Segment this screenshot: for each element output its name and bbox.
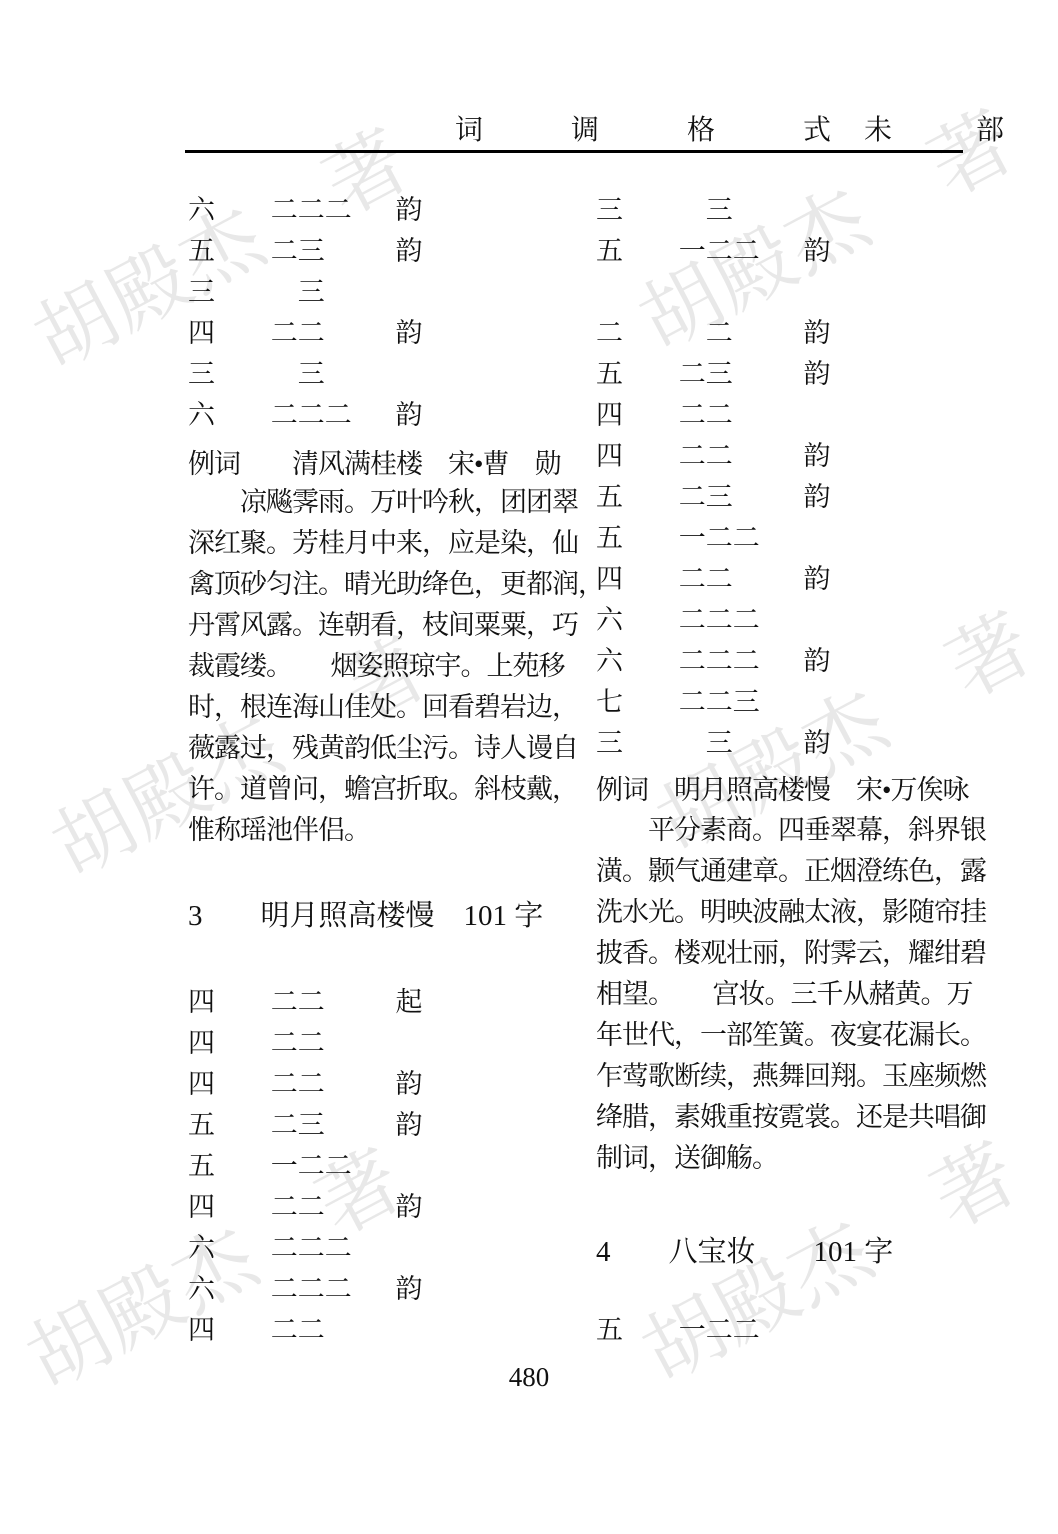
pattern-rhyme-mark: 韵 [804, 477, 831, 518]
pattern-rhythm: 二二 [679, 436, 797, 477]
pattern-rhythm: 二二 [679, 395, 797, 436]
right-pattern-rows-bottom: 五 一二二 [596, 1310, 976, 1351]
pattern-row: 三 三 [188, 354, 568, 395]
pattern-count: 四 [188, 1187, 264, 1228]
pattern-count: 五 [596, 231, 672, 272]
poem-line: 披香。楼观壮丽，附霁云，耀绀碧 [596, 933, 996, 974]
pattern-row: 四 二二 韵 [596, 436, 976, 477]
pattern-rhythm: 二二 [271, 1187, 389, 1228]
left-section-heading: 3 明月照高楼慢 101 字 [188, 894, 588, 938]
poem-line: 洗水光。明映波融太液，影随帘挂 [596, 892, 996, 933]
pattern-rhythm: 一二二 [679, 1310, 797, 1351]
pattern-rhyme-mark: 韵 [804, 313, 831, 354]
pattern-count: 四 [596, 436, 672, 477]
left-example-heading: 例词 清风满桂楼 宋•曹 勋 [188, 444, 588, 484]
right-example-heading: 例词 明月照高楼慢 宋•万俟咏 [596, 770, 996, 810]
header-section-label: 未 部 [864, 114, 1032, 148]
pattern-row: 六 二二二 韵 [188, 395, 568, 436]
pattern-count: 五 [596, 1310, 672, 1351]
poem-line: 平分素商。四垂翠幕，斜界银 [596, 810, 996, 851]
pattern-row: 五 一二二 [596, 1310, 976, 1351]
header-rule [185, 150, 963, 153]
poem-line: 惟称瑶池伴侣。 [188, 810, 588, 851]
pattern-count: 四 [188, 1310, 264, 1351]
pattern-rhythm: 二二二 [679, 641, 797, 682]
pattern-rhyme-mark: 韵 [396, 190, 423, 231]
pattern-rhythm: 三 [271, 272, 389, 313]
pattern-row: 五 二三 韵 [188, 1105, 568, 1146]
pattern-rhythm: 二 [679, 313, 797, 354]
pattern-rhyme-mark: 韵 [804, 231, 831, 272]
pattern-rhyme-mark: 韵 [396, 1064, 423, 1105]
pattern-row: 六 二二二 [596, 600, 976, 641]
pattern-row: 四 二二 [188, 1310, 568, 1351]
pattern-rhythm: 二二三 [679, 682, 797, 723]
pattern-row: 六 二二二 韵 [596, 641, 976, 682]
pattern-count: 四 [188, 982, 264, 1023]
pattern-count: 四 [188, 1064, 264, 1105]
pattern-rhythm: 二三 [679, 477, 797, 518]
pattern-rhyme-mark: 韵 [396, 313, 423, 354]
pattern-rhythm: 一二二 [271, 1146, 389, 1187]
pattern-rhyme-mark: 韵 [804, 641, 831, 682]
right-example-poem: 平分素商。四垂翠幕，斜界银 潢。颢气通建章。正烟澄练色，露 洗水光。明映波融太液… [596, 810, 996, 1179]
pattern-rhyme-mark: 韵 [396, 1269, 423, 1310]
pattern-count: 五 [596, 477, 672, 518]
pattern-row: 四 二二 韵 [188, 1187, 568, 1228]
pattern-count: 六 [596, 600, 672, 641]
pattern-rhythm: 二三 [271, 1105, 389, 1146]
pattern-rhyme-mark: 韵 [804, 436, 831, 477]
pattern-count: 五 [596, 518, 672, 559]
pattern-row: 七 二二三 [596, 682, 976, 723]
poem-line: 禽顶砂匀注。晴光助绛色，更都润， [188, 564, 588, 605]
pattern-rhythm: 二二 [271, 1310, 389, 1351]
pattern-row: 四 二二 [188, 1023, 568, 1064]
pattern-count: 七 [596, 682, 672, 723]
pattern-row: 三 三 韵 [596, 723, 976, 764]
pattern-count: 四 [596, 395, 672, 436]
pattern-count: 三 [188, 272, 264, 313]
poem-line: 绛腊，素娥重按霓裳。还是共唱御 [596, 1097, 996, 1138]
pattern-row: 六 二二二 [188, 1228, 568, 1269]
pattern-rhythm: 一二二 [679, 231, 797, 272]
pattern-count: 六 [188, 1269, 264, 1310]
pattern-rhythm: 二二二 [271, 1228, 389, 1269]
pattern-rhythm: 二二二 [679, 600, 797, 641]
pattern-rhythm: 二二二 [271, 395, 389, 436]
pattern-row: 五 二三 韵 [596, 477, 976, 518]
poem-line: 许。道曾问，蟾宫折取。斜枝戴， [188, 769, 588, 810]
left-example-poem: 凉飚霁雨。万叶吟秋，团团翠 深红聚。芳桂月中来，应是染，仙 禽顶砂匀注。晴光助绛… [188, 482, 588, 851]
poem-line: 乍莺歌断续，燕舞回翔。玉座频燃 [596, 1056, 996, 1097]
pattern-count: 二 [596, 313, 672, 354]
pattern-count: 六 [188, 190, 264, 231]
pattern-rhythm: 二二 [271, 982, 389, 1023]
right-pattern-rows-top: 三 三 五 一二二 韵 二 二 韵 五 [596, 190, 976, 764]
pattern-row: 五 二三 韵 [596, 354, 976, 395]
pattern-row: 四 二二 韵 [188, 313, 568, 354]
poem-line: 潢。颢气通建章。正烟澄练色，露 [596, 851, 996, 892]
pattern-row: 四 二二 起 [188, 982, 568, 1023]
pattern-rhythm: 二二 [271, 1064, 389, 1105]
left-pattern-rows-bottom: 四 二二 起 四 二二 四 二二 韵 五 二三 韵 五 [188, 982, 568, 1351]
poem-line: 制词，送御觞。 [596, 1138, 996, 1179]
pattern-row: 五 一二二 [188, 1146, 568, 1187]
pattern-rhythm: 二三 [271, 231, 389, 272]
pattern-rhyme-mark: 韵 [804, 354, 831, 395]
pattern-count: 六 [596, 641, 672, 682]
pattern-count: 四 [596, 559, 672, 600]
pattern-count: 四 [188, 1023, 264, 1064]
pattern-rhythm: 二三 [679, 354, 797, 395]
poem-line: 裁霞缕。 烟姿照琼宇。上苑移 [188, 646, 588, 687]
pattern-count: 五 [188, 231, 264, 272]
pattern-row: 四 二二 [596, 395, 976, 436]
pattern-count: 五 [596, 354, 672, 395]
poem-line: 年世代，一部笙簧。夜宴花漏长。 [596, 1015, 996, 1056]
pattern-rhythm: 三 [679, 190, 797, 231]
pattern-count: 五 [188, 1146, 264, 1187]
pattern-rhyme-mark: 起 [396, 982, 423, 1023]
pattern-rhythm: 二二 [271, 1023, 389, 1064]
pattern-row: 五 一二二 韵 [596, 231, 976, 272]
poem-line: 凉飚霁雨。万叶吟秋，团团翠 [188, 482, 588, 523]
poem-line: 深红聚。芳桂月中来，应是染，仙 [188, 523, 588, 564]
pattern-row: 三 三 [188, 272, 568, 313]
pattern-rhythm: 二二 [271, 313, 389, 354]
pattern-count: 六 [188, 395, 264, 436]
pattern-row: 三 三 [596, 190, 976, 231]
pattern-rhythm: 一二二 [679, 518, 797, 559]
poem-line: 相望。 宫妆。三千从赭黄。万 [596, 974, 996, 1015]
pattern-row: 五 一二二 [596, 518, 976, 559]
pattern-row: 六 二二二 韵 [188, 1269, 568, 1310]
pattern-count: 六 [188, 1228, 264, 1269]
pattern-row [596, 272, 976, 313]
pattern-count: 三 [188, 354, 264, 395]
pattern-rhyme-mark: 韵 [804, 723, 831, 764]
pattern-row: 五 二三 韵 [188, 231, 568, 272]
right-section-heading: 4 八宝妆 101 字 [596, 1230, 996, 1274]
poem-line: 时，根连海山佳处。回看碧岩边， [188, 687, 588, 728]
pattern-rhyme-mark: 韵 [396, 231, 423, 272]
pattern-rhyme-mark: 韵 [396, 1187, 423, 1228]
page: 胡殿杰 著 胡殿杰 著 胡殿杰 著 胡殿杰 著 胡殿杰 著 胡殿杰 著 词 调 … [0, 0, 1058, 1534]
pattern-rhyme-mark: 韵 [804, 559, 831, 600]
pattern-row: 四 二二 韵 [188, 1064, 568, 1105]
pattern-row: 四 二二 韵 [596, 559, 976, 600]
pattern-rhyme-mark: 韵 [396, 395, 423, 436]
pattern-count: 三 [596, 190, 672, 231]
pattern-rhythm: 二二二 [271, 190, 389, 231]
pattern-rhythm: 二二二 [271, 1269, 389, 1310]
pattern-rhyme-mark: 韵 [396, 1105, 423, 1146]
pattern-rhythm: 二二 [679, 559, 797, 600]
poem-line: 丹霄风露。连朝看，枝间粟粟，巧 [188, 605, 588, 646]
pattern-count: 四 [188, 313, 264, 354]
header-title: 词 调 格 式 [455, 114, 861, 148]
pattern-row: 二 二 韵 [596, 313, 976, 354]
poem-line: 薇露过，残黄韵低尘污。诗人谩自 [188, 728, 588, 769]
pattern-count: 三 [596, 723, 672, 764]
pattern-rhythm: 三 [271, 354, 389, 395]
pattern-rhythm: 三 [679, 723, 797, 764]
pattern-row: 六 二二二 韵 [188, 190, 568, 231]
page-number: 480 [0, 1362, 1058, 1392]
left-pattern-rows-top: 六 二二二 韵 五 二三 韵 三 三 四 二二 韵 [188, 190, 568, 436]
pattern-count: 五 [188, 1105, 264, 1146]
